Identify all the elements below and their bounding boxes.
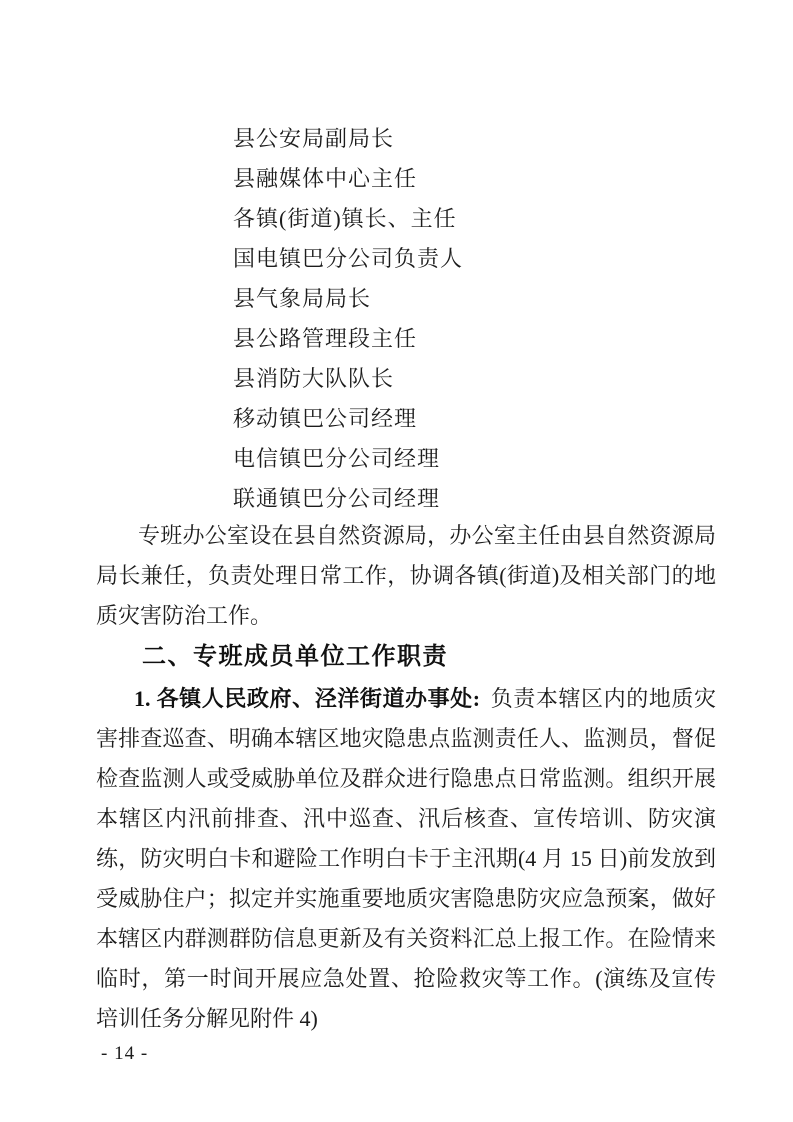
duty-1-body: 负责本辖区内的地质灾害排查巡查、明确本辖区地灾隐患点监测责任人、监测员，督促检查… — [96, 686, 716, 1031]
section-heading: 二、专班成员单位工作职责 — [142, 637, 448, 677]
duty-1-lead: 1. 各镇人民政府、泾洋街道办事处: — [134, 686, 480, 711]
roster-item: 联通镇巴分公司经理 — [233, 479, 463, 519]
document-page: 县公安局副局长县融媒体中心主任各镇(街道)镇长、主任国电镇巴分公司负责人县气象局… — [0, 0, 793, 1122]
member-roster: 县公安局副局长县融媒体中心主任各镇(街道)镇长、主任国电镇巴分公司负责人县气象局… — [233, 119, 463, 519]
roster-item: 移动镇巴公司经理 — [233, 399, 463, 439]
roster-item: 电信镇巴分公司经理 — [233, 439, 463, 479]
page-number: - 14 - — [101, 1044, 148, 1064]
roster-item: 县气象局局长 — [233, 279, 463, 319]
duty-paragraph-1: 1. 各镇人民政府、泾洋街道办事处:负责本辖区内的地质灾害排查巡查、明确本辖区地… — [96, 679, 716, 1039]
roster-item: 县融媒体中心主任 — [233, 159, 463, 199]
office-paragraph: 专班办公室设在县自然资源局，办公室主任由县自然资源局局长兼任，负责处理日常工作，… — [96, 516, 716, 636]
roster-item: 各镇(街道)镇长、主任 — [233, 199, 463, 239]
roster-item: 县消防大队队长 — [233, 359, 463, 399]
roster-item: 县公安局副局长 — [233, 119, 463, 159]
roster-item: 国电镇巴分公司负责人 — [233, 239, 463, 279]
roster-item: 县公路管理段主任 — [233, 319, 463, 359]
